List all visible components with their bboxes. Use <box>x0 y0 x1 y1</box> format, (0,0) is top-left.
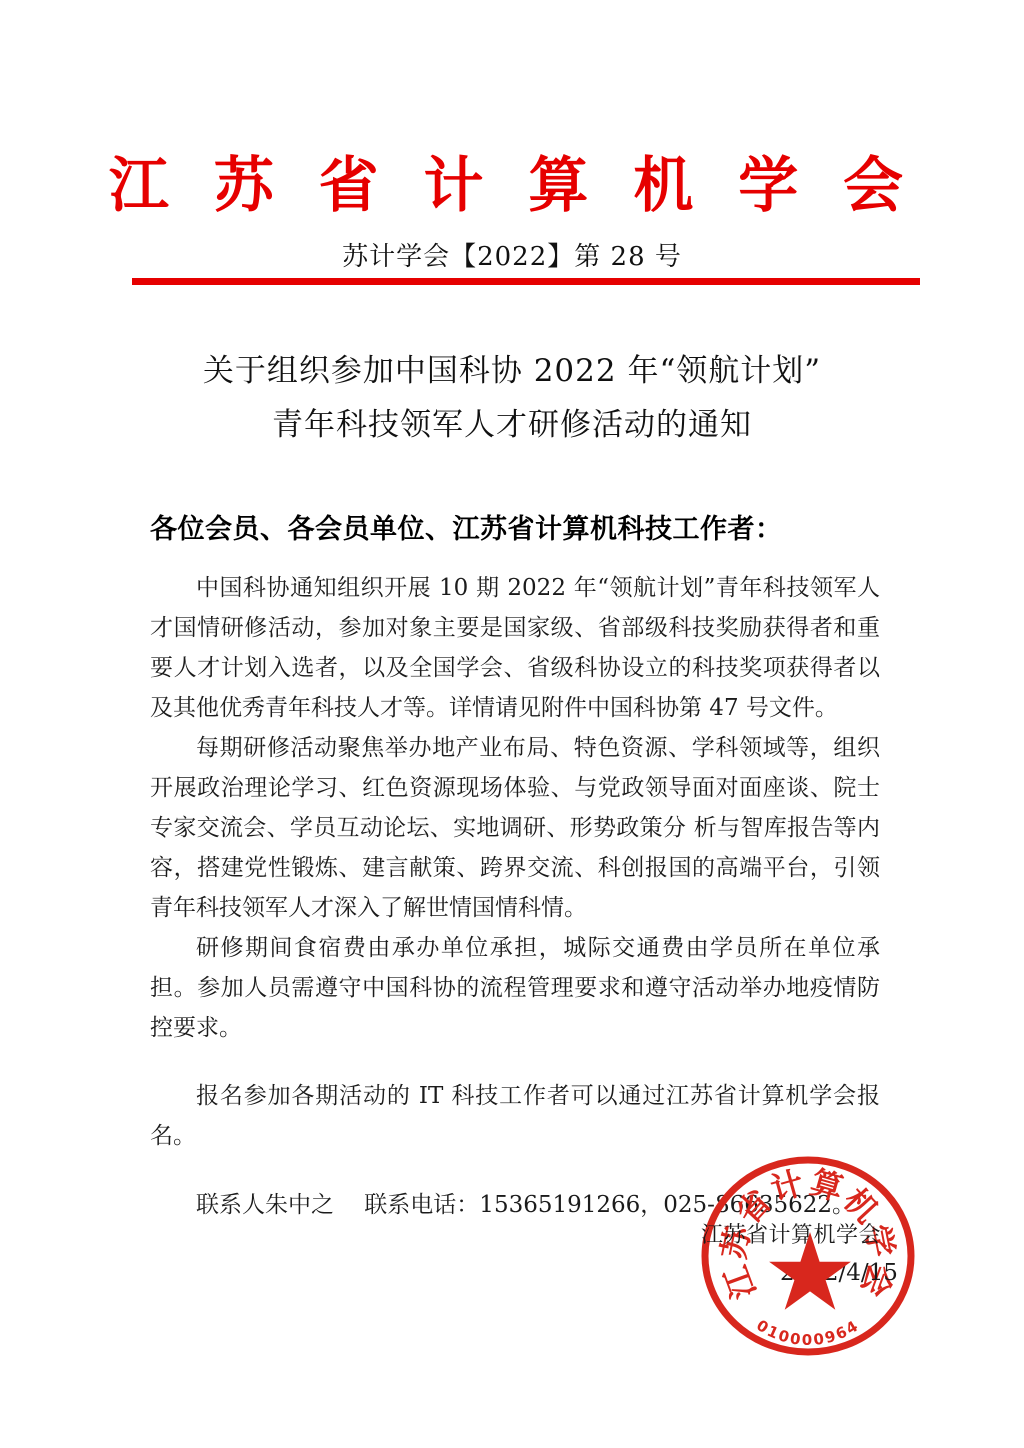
notice-title: 关于组织参加中国科协 2022 年“领航计划” 青年科技领军人才研修活动的通知 <box>0 344 1024 452</box>
document-page: 江 苏 省 计 算 机 学 会 苏计学会【2022】第 28 号 关于组织参加中… <box>0 0 1024 1448</box>
salutation: 各位会员、各会员单位、江苏省计算机科技工作者： <box>150 507 880 546</box>
seal-star-icon <box>765 1231 855 1319</box>
body-paragraph: 每期研修活动聚焦举办地产业布局、特色资源、学科领域等，组织开展政治理论学习、红色… <box>150 728 880 928</box>
org-title: 江 苏 省 计 算 机 学 会 <box>0 138 1024 224</box>
body-paragraph: 研修期间食宿费由承办单位承担，城际交通费由学员所在单位承担。参加人员需遵守中国科… <box>150 928 880 1048</box>
doc-number: 苏计学会【2022】第 28 号 <box>0 236 1024 273</box>
body-paragraph: 中国科协通知组织开展 10 期 2022 年“领航计划”青年科技领军人才国情研修… <box>150 568 880 728</box>
body-paragraph: 报名参加各期活动的 IT 科技工作者可以通过江苏省计算机学会报名。 <box>150 1076 880 1156</box>
red-divider-line <box>132 278 920 285</box>
notice-title-line2: 青年科技领军人才研修活动的通知 <box>0 398 1024 452</box>
notice-title-line1: 关于组织参加中国科协 2022 年“领航计划” <box>0 344 1024 398</box>
document-body: 中国科协通知组织开展 10 期 2022 年“领航计划”青年科技领军人才国情研修… <box>150 568 880 1225</box>
